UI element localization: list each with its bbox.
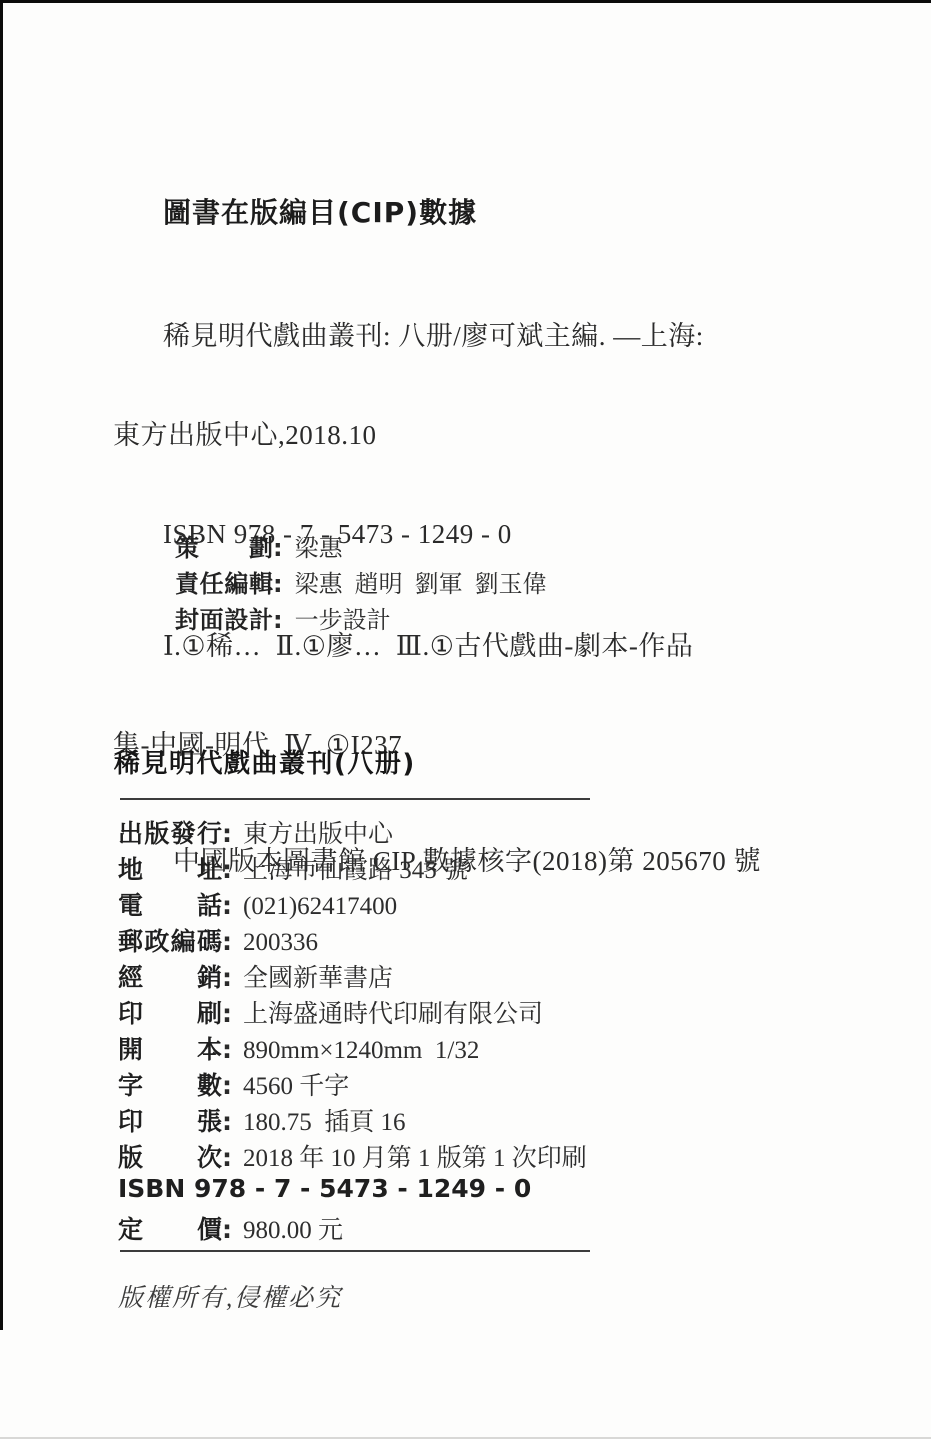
cip-heading: 圖書在版編目(CIP)數據 [113, 196, 793, 230]
row-colon: : [222, 1107, 232, 1136]
cip-entry-line1: 稀見明代戲曲叢刊: 八册/廖可斌主編. —上海: [113, 320, 793, 353]
book-title: 稀見明代戲曲叢刊(八册) [114, 748, 416, 780]
scan-edge-top [0, 0, 931, 3]
row-label: 責任編輯 [175, 564, 273, 599]
row-value: 890mm×1240mm 1/32 [243, 1037, 479, 1065]
row-value: 上海市仙霞路 345 號 [243, 850, 468, 886]
row-colon: : [222, 855, 232, 884]
row-value: 東方出版中心 [243, 814, 393, 850]
publication-info-table: 出版發行:東方出版中心 地址:上海市仙霞路 345 號 電話:(021)6241… [118, 814, 758, 1246]
publication-info-row: 地址:上海市仙霞路 345 號 [118, 850, 758, 886]
row-colon: : [222, 891, 232, 920]
row-value: 2018 年 10 月第 1 版第 1 次印刷 [243, 1138, 587, 1174]
row-label: 開本 [118, 1030, 222, 1066]
row-value: 4560 千字 [243, 1066, 349, 1102]
row-label: 封面設計 [175, 600, 273, 635]
row-label: 版次 [118, 1138, 222, 1174]
row-label: 字數 [118, 1066, 222, 1102]
row-value: 全國新華書店 [243, 958, 393, 994]
publication-info-row: 經銷:全國新華書店 [118, 958, 758, 994]
row-value: 上海盛通時代印刷有限公司 [243, 994, 543, 1030]
row-colon: : [273, 534, 283, 562]
publication-info-row: 印張:180.75 插頁 16 [118, 1102, 758, 1138]
row-label: 定價 [118, 1210, 222, 1246]
publication-info-row: 出版發行:東方出版中心 [118, 814, 758, 850]
row-colon: : [222, 1143, 232, 1172]
publication-info-row: ISBN 978 - 7 - 5473 - 1249 - 0 [118, 1174, 758, 1210]
row-colon: : [222, 1035, 232, 1064]
book-copyright-page: 圖書在版編目(CIP)數據 稀見明代戲曲叢刊: 八册/廖可斌主編. —上海: 東… [0, 0, 931, 1439]
row-value: 梁惠 [295, 528, 343, 563]
publication-info-row: 版次:2018 年 10 月第 1 版第 1 次印刷 [118, 1138, 758, 1174]
publication-info-row: 定價:980.00 元 [118, 1210, 758, 1246]
row-value: 一步設計 [295, 600, 391, 635]
row-value: 梁惠 趙明 劉軍 劉玉偉 [295, 564, 547, 599]
row-label: 印張 [118, 1102, 222, 1138]
row-colon: : [222, 1071, 232, 1100]
row-colon: : [222, 1215, 232, 1244]
row-label: 出版發行 [118, 814, 222, 850]
row-value: 180.75 插頁 16 [243, 1102, 406, 1138]
row-value: ISBN 978 - 7 - 5473 - 1249 - 0 [118, 1174, 531, 1203]
row-colon: : [273, 606, 283, 634]
publication-info-row: 印刷:上海盛通時代印刷有限公司 [118, 994, 758, 1030]
row-colon: : [222, 999, 232, 1028]
row-value: 200336 [243, 929, 318, 957]
credit-row: 責任編輯:梁惠 趙明 劉軍 劉玉偉 [175, 564, 735, 600]
row-label: 電話 [118, 886, 222, 922]
divider-rule-top [120, 798, 590, 800]
row-colon: : [273, 570, 283, 598]
row-colon: : [222, 927, 232, 956]
divider-rule-bottom [120, 1250, 590, 1252]
row-label: 郵政編碼 [118, 922, 222, 958]
credit-row: 封面設計:一步設計 [175, 600, 735, 636]
cip-entry-line2: 東方出版中心,2018.10 [113, 419, 793, 452]
row-colon: : [222, 963, 232, 992]
publication-info-row: 電話:(021)62417400 [118, 886, 758, 922]
publication-info-row: 郵政編碼:200336 [118, 922, 758, 958]
row-value: (021)62417400 [243, 893, 397, 921]
scan-edge-left [0, 0, 3, 1330]
staff-credits-block: 策劃:梁惠 責任編輯:梁惠 趙明 劉軍 劉玉偉 封面設計:一步設計 [175, 528, 735, 636]
publication-info-row: 字數:4560 千字 [118, 1066, 758, 1102]
row-label: 經銷 [118, 958, 222, 994]
row-value: 980.00 元 [243, 1210, 343, 1246]
credit-row: 策劃:梁惠 [175, 528, 735, 564]
copyright-notice: 版權所有,侵權必究 [118, 1278, 342, 1314]
row-label: 地址 [118, 850, 222, 886]
row-colon: : [222, 819, 232, 848]
row-label: 策劃 [175, 528, 273, 563]
publication-info-row: 開本:890mm×1240mm 1/32 [118, 1030, 758, 1066]
row-label: 印刷 [118, 994, 222, 1030]
